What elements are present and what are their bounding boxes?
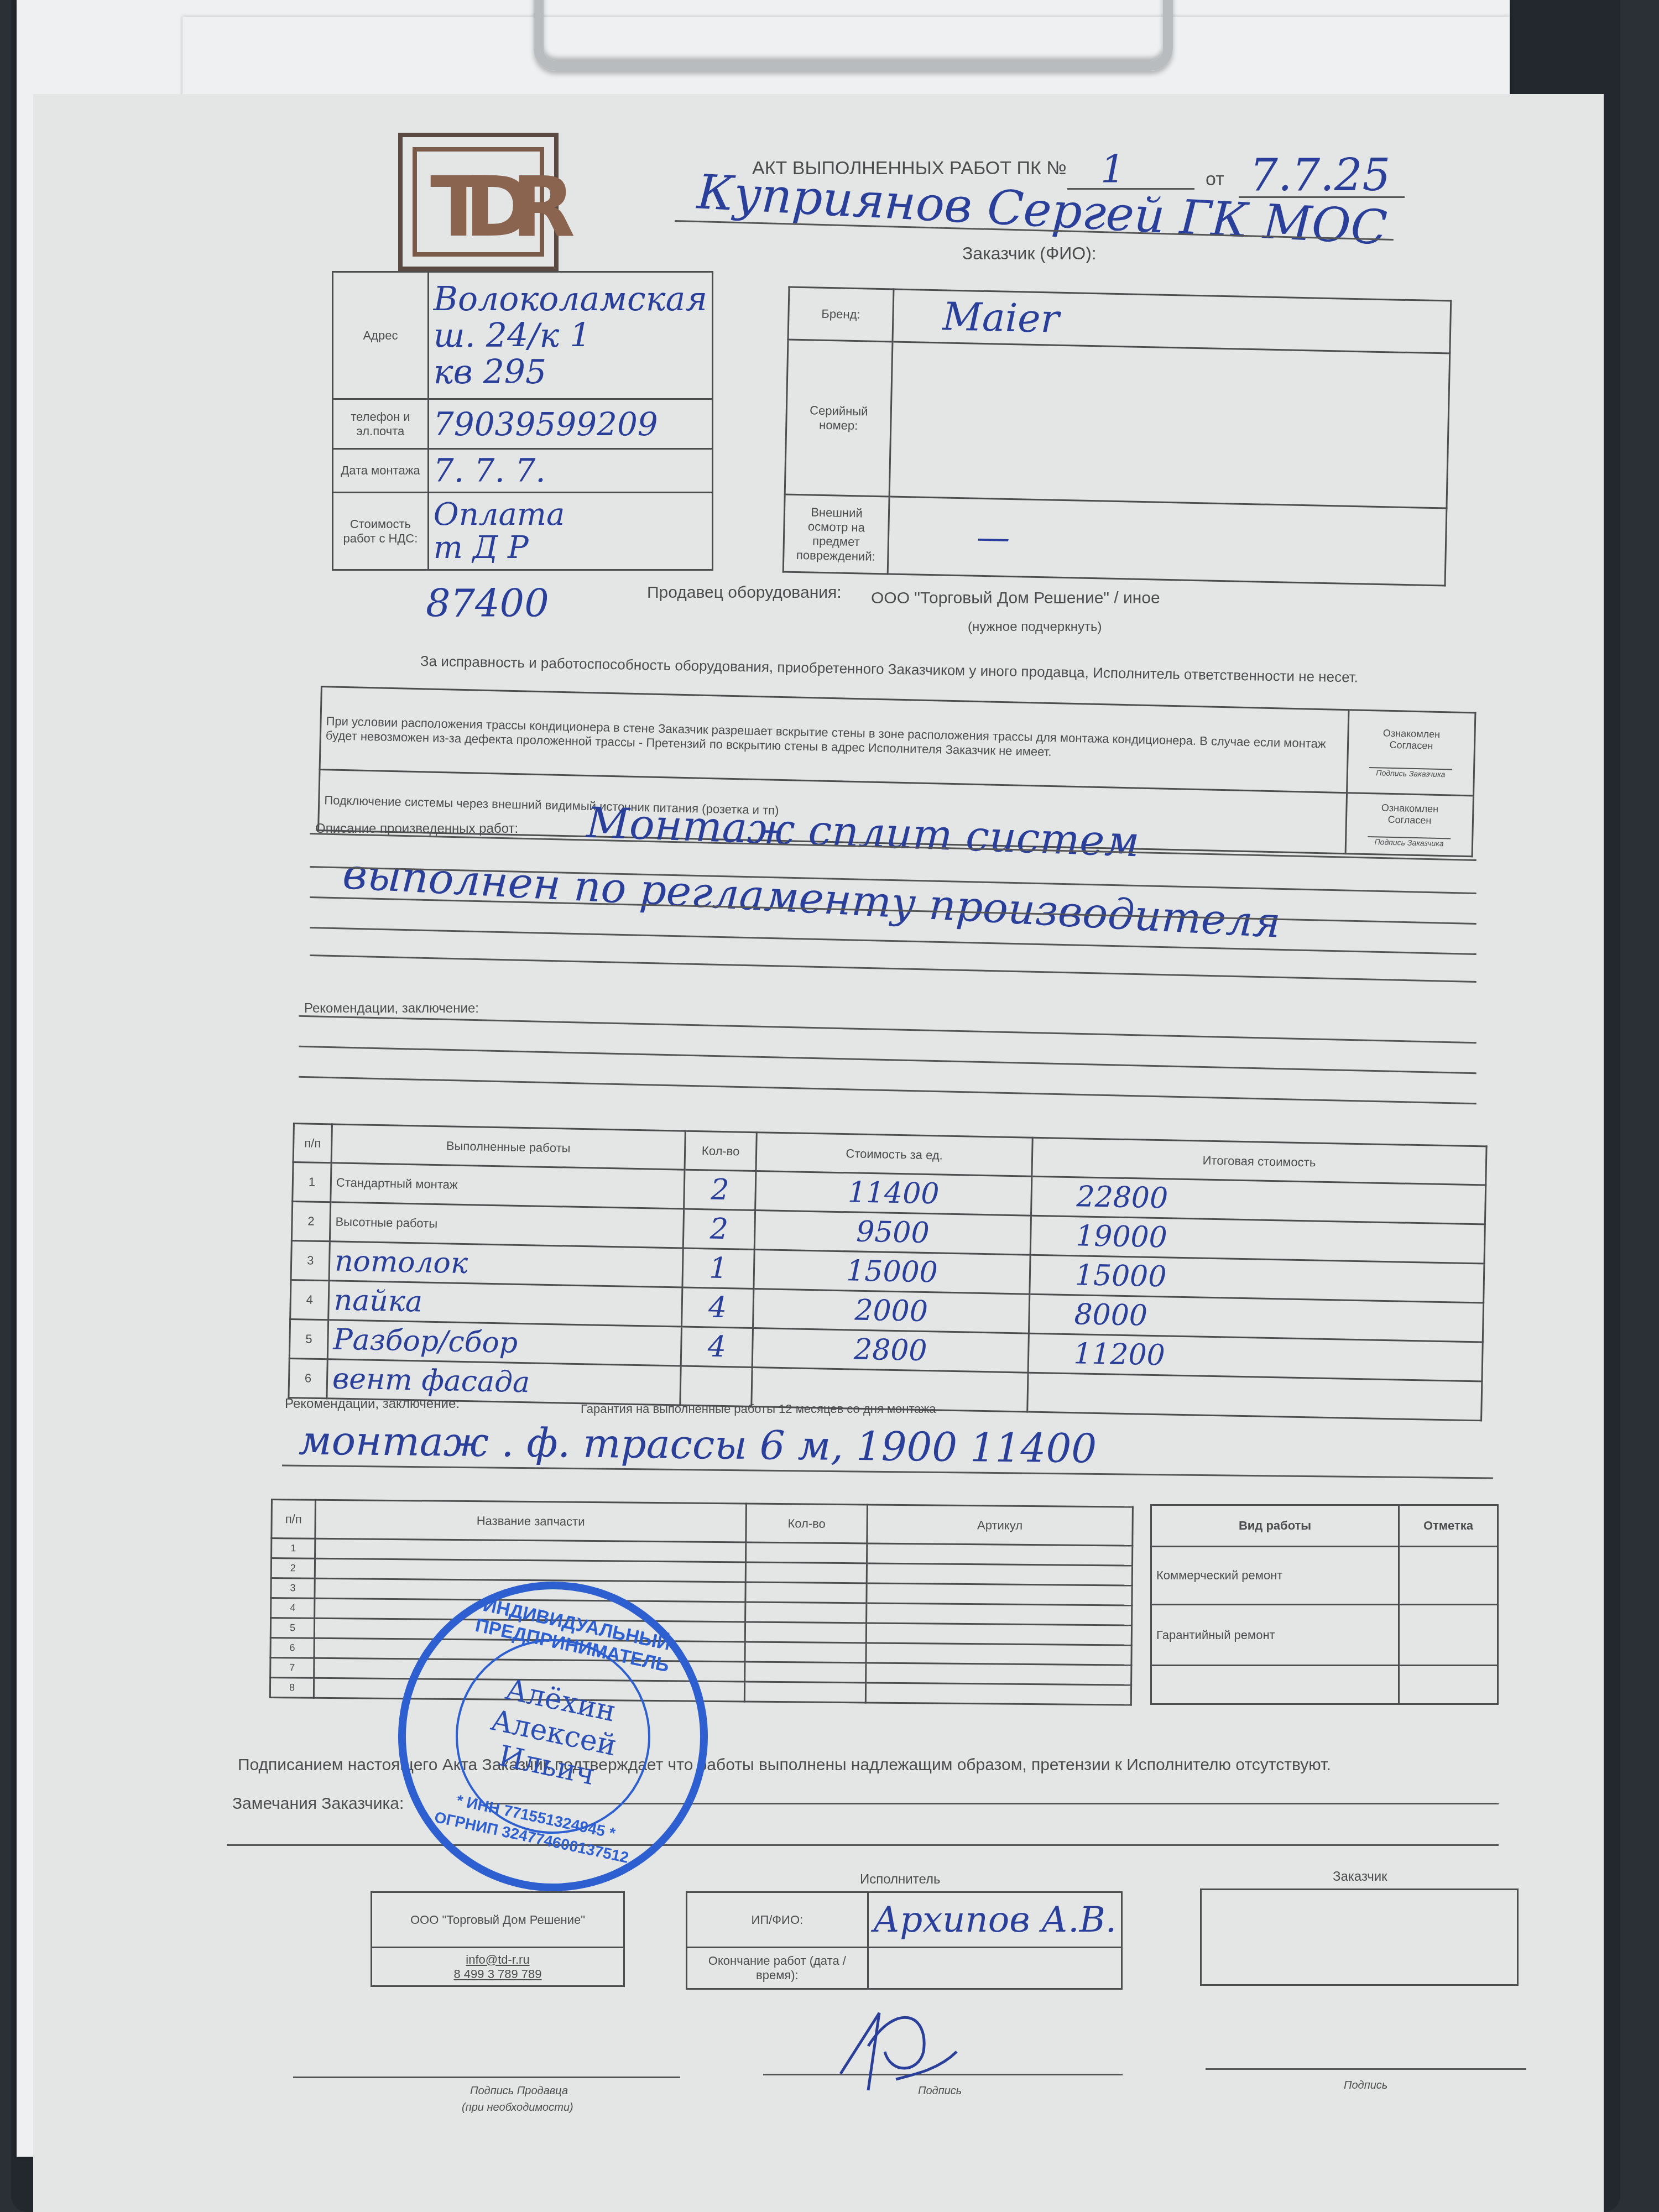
work-end-value[interactable] (868, 1948, 1121, 1989)
part-article[interactable] (867, 1583, 1132, 1605)
work-unit-price[interactable]: 2000 (753, 1289, 1030, 1334)
work-qty[interactable]: 2 (684, 1170, 756, 1210)
company-info-table: ООО "Торговый Дом Решение" info@td-r.ru … (371, 1891, 625, 1987)
part-article[interactable] (867, 1543, 1133, 1566)
part-qty[interactable] (745, 1602, 867, 1623)
act-date[interactable]: 7.7.25 (1250, 149, 1390, 201)
work-end-label: Окончание работ (дата / время): (687, 1948, 868, 1989)
client-info-table: Адрес Волоколамская ш. 24/к 1 кв 295 тел… (332, 271, 713, 571)
disclaimer: За исправность и работоспособность обору… (420, 653, 1358, 686)
row-number: 5 (289, 1319, 328, 1359)
part-qty[interactable] (745, 1622, 866, 1643)
seller-note: (нужное подчеркнуть) (968, 619, 1102, 635)
part-qty[interactable] (744, 1682, 865, 1703)
row-number: 3 (291, 1240, 330, 1280)
customer-signature-box[interactable] (1200, 1888, 1519, 1986)
address-value[interactable]: Волоколамская ш. 24/к 1 кв 295 (428, 272, 712, 399)
work-total[interactable] (1027, 1373, 1482, 1421)
work-name[interactable]: пайка (328, 1281, 682, 1327)
work-unit-price[interactable]: 9500 (754, 1211, 1031, 1255)
part-article[interactable] (866, 1643, 1131, 1665)
work-qty[interactable]: 4 (682, 1287, 754, 1328)
row-number: 2 (291, 1202, 330, 1241)
row-number: 6 (289, 1358, 327, 1398)
part-row-number: 7 (270, 1658, 314, 1678)
cost-value[interactable]: Оплата т Д Р (428, 493, 712, 570)
customer-label: Заказчик (ФИО): (962, 243, 1097, 264)
address-label: Адрес (333, 272, 429, 399)
repair-type-empty (1151, 1666, 1399, 1704)
customer-bottom-signature-label: Подпись (1344, 2079, 1387, 2092)
serial-value[interactable] (889, 342, 1450, 508)
seller-label: Продавец оборудования: (647, 583, 842, 602)
repair-type-table: Вид работы Отметка Коммерческий ремонт Г… (1150, 1504, 1499, 1705)
clipboard-clip (534, 0, 1173, 71)
executor-label: Исполнитель (860, 1872, 941, 1887)
part-row-number: 8 (270, 1678, 314, 1698)
works-recommendations-label: Рекомендации, заключение: (285, 1396, 460, 1412)
phone-value[interactable]: 79039599209 (428, 399, 712, 449)
work-name[interactable]: Стандартный монтаж (331, 1163, 685, 1209)
part-qty[interactable] (745, 1582, 867, 1603)
repair-type-commercial: Коммерческий ремонт (1151, 1547, 1399, 1605)
inspection-value[interactable]: — (888, 497, 1447, 586)
works-extra-line[interactable]: монтаж . ф. трассы 6 м, 1900 11400 (299, 1417, 1097, 1472)
equipment-table: Бренд: Maier Серийный номер: Внешний осм… (782, 286, 1452, 586)
warranty-text: Гарантия на выполненные работы 12 месяце… (581, 1402, 936, 1416)
phone-label: телефон и эл.почта (333, 399, 429, 449)
work-unit-price[interactable]: 11400 (755, 1171, 1032, 1216)
brand-label: Бренд: (788, 287, 894, 342)
part-row-number: 1 (272, 1538, 315, 1559)
repair-type-warranty: Гарантийный ремонт (1151, 1605, 1399, 1666)
executor-signature-scribble (830, 1991, 973, 2101)
seller-signature-label: Подпись Продавца (470, 2085, 568, 2098)
mark-header: Отметка (1399, 1505, 1498, 1547)
row-number: 1 (293, 1162, 331, 1202)
remarks-label: Замечания Заказчика: (232, 1794, 404, 1813)
logo-letters: TDR (430, 159, 553, 255)
condition-power-ack[interactable]: ОзнакомленСогласен Подпись Заказчика (1345, 793, 1473, 857)
install-date-value[interactable]: 7. 7. 7. (428, 449, 712, 493)
part-qty[interactable] (745, 1562, 867, 1583)
part-article[interactable] (866, 1623, 1131, 1645)
work-qty[interactable] (680, 1366, 752, 1406)
part-qty[interactable] (745, 1662, 866, 1683)
inspection-label: Внешний осмотр на предмет повреждений: (783, 494, 889, 574)
part-row-number: 6 (270, 1638, 314, 1658)
rule-line (299, 1046, 1477, 1074)
part-row-number: 5 (270, 1618, 314, 1639)
part-qty[interactable] (745, 1642, 866, 1663)
mark-empty-checkbox[interactable] (1399, 1666, 1498, 1704)
work-qty[interactable]: 2 (683, 1209, 755, 1249)
work-unit-price[interactable]: 15000 (754, 1250, 1030, 1295)
seller-value[interactable]: ООО "Торговый Дом Решение" / иное (871, 589, 1160, 608)
condition-wall-ack[interactable]: ОзнакомленСогласен Подпись Заказчика (1347, 710, 1475, 796)
work-qty[interactable]: 1 (682, 1248, 754, 1288)
work-name[interactable]: потолок (329, 1241, 683, 1287)
repair-type-header: Вид работы (1151, 1505, 1399, 1547)
company-phone-link[interactable]: 8 499 3 789 789 (377, 1967, 619, 1981)
company-name: ООО "Торговый Дом Решение" (372, 1892, 624, 1948)
rule-line (310, 954, 1477, 983)
part-row-number: 2 (271, 1558, 315, 1579)
ip-fio-label: ИП/ФИО: (687, 1892, 868, 1948)
rule-line (299, 1015, 1477, 1044)
company-logo: TDR (398, 133, 559, 271)
rule-line (310, 927, 1477, 955)
works-table: п/п Выполненные работы Кол-во Стоимость … (288, 1123, 1487, 1421)
work-qty[interactable]: 4 (681, 1327, 753, 1367)
part-article[interactable] (865, 1683, 1131, 1705)
part-article[interactable] (867, 1563, 1132, 1585)
company-email-link[interactable]: info@td-r.ru (377, 1953, 619, 1967)
work-name[interactable]: Высотные работы (330, 1202, 684, 1248)
recommendations-label: Рекомендации, заключение: (304, 1001, 479, 1016)
parts-table-header: п/п Название запчасти Кол-во Артикул (272, 1500, 1133, 1546)
part-article[interactable] (866, 1663, 1131, 1685)
seller-signature-line[interactable] (293, 2077, 680, 2078)
remarks-line-2[interactable] (227, 1844, 1499, 1846)
install-date-label: Дата монтажа (333, 449, 429, 493)
ip-fio-value[interactable]: Архипов А.В. (868, 1892, 1121, 1948)
rule-line (299, 1076, 1477, 1104)
cost-total[interactable]: 87400 (426, 581, 549, 626)
cost-label: Стоимость работ с НДС: (333, 493, 429, 570)
mark-warranty-checkbox[interactable] (1399, 1605, 1498, 1666)
part-article[interactable] (867, 1603, 1132, 1625)
part-qty[interactable] (746, 1542, 867, 1563)
part-row-number: 4 (271, 1598, 315, 1619)
customer-bottom-signature-line[interactable] (1206, 2068, 1526, 2070)
seller-signature-note: (при необходимости) (462, 2101, 573, 2114)
executor-table: ИП/ФИО: Архипов А.В. Окончание работ (да… (686, 1891, 1123, 1990)
part-row-number: 3 (271, 1578, 315, 1599)
serial-label: Серийный номер: (785, 340, 893, 497)
act-number[interactable]: 1 (1100, 147, 1125, 192)
from-label: от (1206, 169, 1224, 190)
act-document: TDR АКТ ВЫПОЛНЕННЫХ РАБОТ ПК № 1 от 7.7.… (33, 94, 1604, 2212)
customer-signature-label: Заказчик (1333, 1869, 1387, 1885)
row-number: 4 (290, 1280, 329, 1319)
work-unit-price[interactable]: 2800 (752, 1328, 1029, 1373)
work-name[interactable]: Разбор/сбор (327, 1320, 681, 1366)
mark-commercial-checkbox[interactable] (1399, 1547, 1498, 1605)
